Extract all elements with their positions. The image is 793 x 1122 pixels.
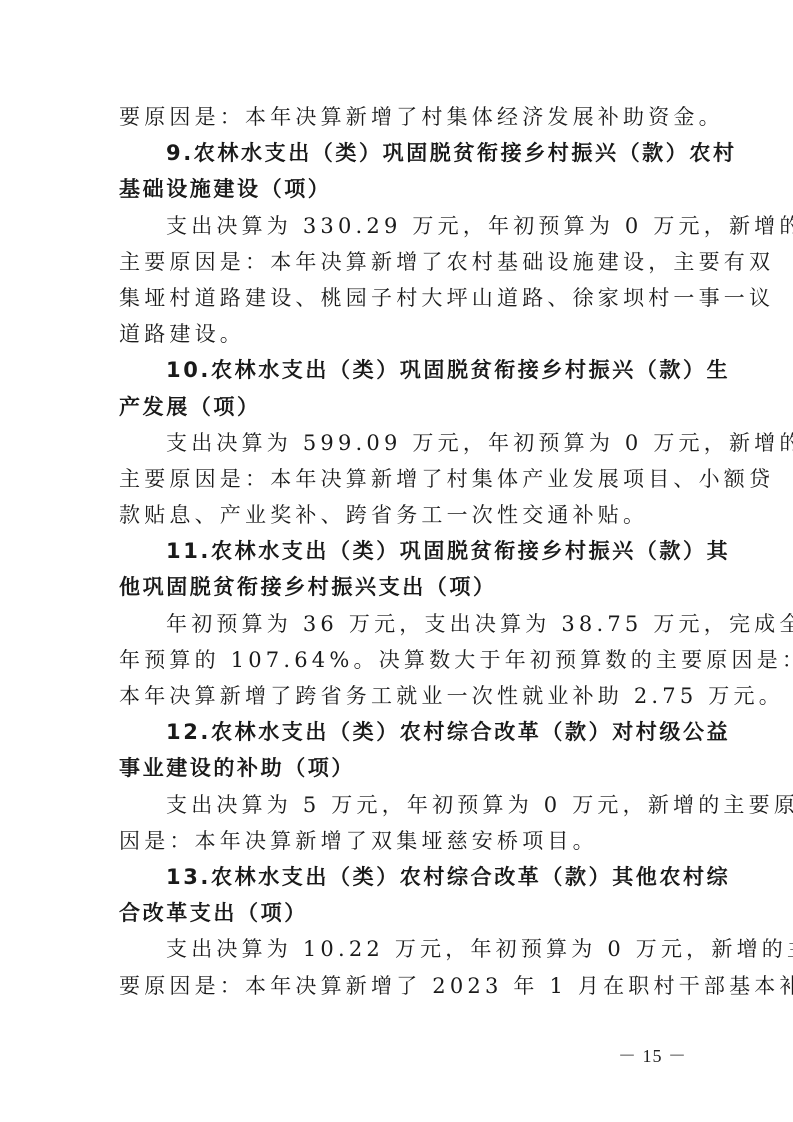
section-heading-10: 10.农林水支出（类）巩固脱贫衔接乡村振兴（款）生 bbox=[119, 352, 675, 388]
body-text-line: 主要原因是：本年决算新增了村集体产业发展项目、小额贷 bbox=[119, 461, 675, 497]
section-heading-11: 11.农林水支出（类）巩固脱贫衔接乡村振兴（款）其 bbox=[119, 533, 675, 569]
body-text-line: 款贴息、产业奖补、跨省务工一次性交通补贴。 bbox=[119, 497, 675, 533]
section-heading-10-cont: 产发展（项） bbox=[119, 389, 675, 425]
body-text-line: 支出决算为 10.22 万元，年初预算为 0 万元，新增的主 bbox=[119, 931, 675, 967]
section-heading-13: 13.农林水支出（类）农村综合改革（款）其他农村综 bbox=[119, 859, 675, 895]
body-text-line: 道路建设。 bbox=[119, 316, 675, 352]
body-text-line: 要原因是：本年决算新增了 2023 年 1 月在职村干部基本补 bbox=[119, 968, 675, 1004]
section-heading-13-cont: 合改革支出（项） bbox=[119, 895, 675, 931]
body-text-line: 因是：本年决算新增了双集垭慈安桥项目。 bbox=[119, 823, 675, 859]
section-heading-12-cont: 事业建设的补助（项） bbox=[119, 750, 675, 786]
body-text-line: 支出决算为 5 万元，年初预算为 0 万元，新增的主要原 bbox=[119, 787, 675, 823]
body-text-line: 年初预算为 36 万元，支出决算为 38.75 万元，完成全 bbox=[119, 606, 675, 642]
body-text-line: 要原因是：本年决算新增了村集体经济发展补助资金。 bbox=[119, 99, 675, 135]
body-text-line: 主要原因是：本年决算新增了农村基础设施建设，主要有双 bbox=[119, 244, 675, 280]
body-text-line: 支出决算为 599.09 万元，年初预算为 0 万元，新增的 bbox=[119, 425, 675, 461]
section-heading-9-cont: 基础设施建设（项） bbox=[119, 171, 675, 207]
body-text-line: 本年决算新增了跨省务工就业一次性就业补助 2.75 万元。 bbox=[119, 678, 675, 714]
document-page: 要原因是：本年决算新增了村集体经济发展补助资金。 9.农林水支出（类）巩固脱贫衔… bbox=[119, 99, 675, 1004]
body-text-line: 年预算的 107.64%。决算数大于年初预算数的主要原因是： bbox=[119, 642, 675, 678]
body-text-line: 支出决算为 330.29 万元，年初预算为 0 万元，新增的 bbox=[119, 208, 675, 244]
section-heading-9: 9.农林水支出（类）巩固脱贫衔接乡村振兴（款）农村 bbox=[119, 135, 675, 171]
section-heading-11-cont: 他巩固脱贫衔接乡村振兴支出（项） bbox=[119, 569, 675, 605]
section-heading-12: 12.农林水支出（类）农村综合改革（款）对村级公益 bbox=[119, 714, 675, 750]
page-number: － 15 － bbox=[618, 1042, 687, 1068]
body-text-line: 集垭村道路建设、桃园子村大坪山道路、徐家坝村一事一议 bbox=[119, 280, 675, 316]
